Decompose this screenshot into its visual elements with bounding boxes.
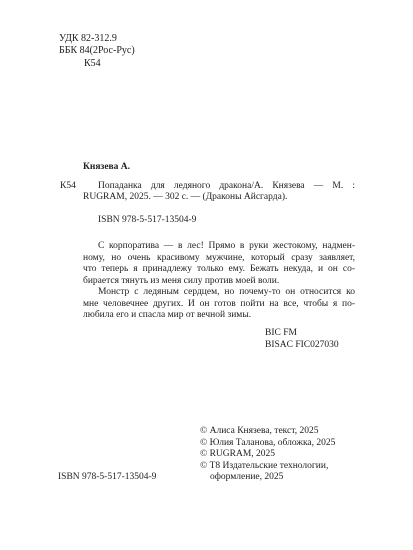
copyright-line: © Юлия Таланова, обложка, 2025	[200, 438, 335, 450]
author-name: Князева А.	[83, 162, 355, 174]
copyright-page: УДК 82-312.9 ББК 84(2Рос-Рус) К54 Князев…	[0, 0, 413, 550]
annotation-line: ному, но очень красивому мужчине, которы…	[83, 253, 355, 265]
annotation-block: С корпоратива — в лес! Прямо в руки жест…	[83, 241, 355, 322]
annotation-line: Монстр с ледяным сердцем, но почему-то о…	[83, 287, 355, 299]
copyright-line: оформление, 2025	[200, 472, 335, 484]
author-sign: К54	[60, 181, 76, 193]
annotation-line: бирается тянуть из меня силу против моей…	[83, 276, 355, 288]
bbk-line: ББК 84(2Рос-Рус)	[59, 45, 135, 57]
copyright-block: © Алиса Князева, текст, 2025© Юлия Талан…	[200, 426, 335, 484]
annotation-line: что теперь я принадлежу только ему. Бежа…	[83, 264, 355, 276]
annotation-line: мне человечнее других. И он готов пойти …	[83, 299, 355, 311]
catalog-entry-block: Князева А. К54Попаданка для ледяного дра…	[83, 162, 355, 204]
title-text: Попаданка для ледяного дракона/А. Князев…	[98, 181, 355, 191]
bic-code: BIC FM	[265, 327, 339, 339]
annotation-line: любила его и спасла мир от вечной зимы.	[83, 310, 355, 322]
copyright-line: © Алиса Князева, текст, 2025	[200, 426, 335, 438]
bisac-code: BISAC FIC027030	[265, 339, 339, 351]
title-line: К54Попаданка для ледяного дракона/А. Кня…	[83, 181, 355, 193]
classification-block: УДК 82-312.9 ББК 84(2Рос-Рус) К54	[59, 33, 135, 70]
udk-line: УДК 82-312.9	[59, 33, 135, 45]
copyright-line: © RUGRAM, 2025	[200, 449, 335, 461]
isbn-bottom: ISBN 978-5-517-13504-9	[58, 472, 156, 484]
isbn-top: ISBN 978-5-517-13504-9	[98, 215, 196, 227]
copyright-line: © Т8 Издательские технологии,	[200, 461, 335, 473]
author-sign-line: К54	[59, 58, 135, 70]
annotation-line: С корпоратива — в лес! Прямо в руки жест…	[83, 241, 355, 253]
imprint-line: RUGRAM, 2025. — 302 с. — (Драконы Айсгар…	[83, 192, 355, 204]
trade-codes-block: BIC FM BISAC FIC027030	[265, 327, 339, 351]
